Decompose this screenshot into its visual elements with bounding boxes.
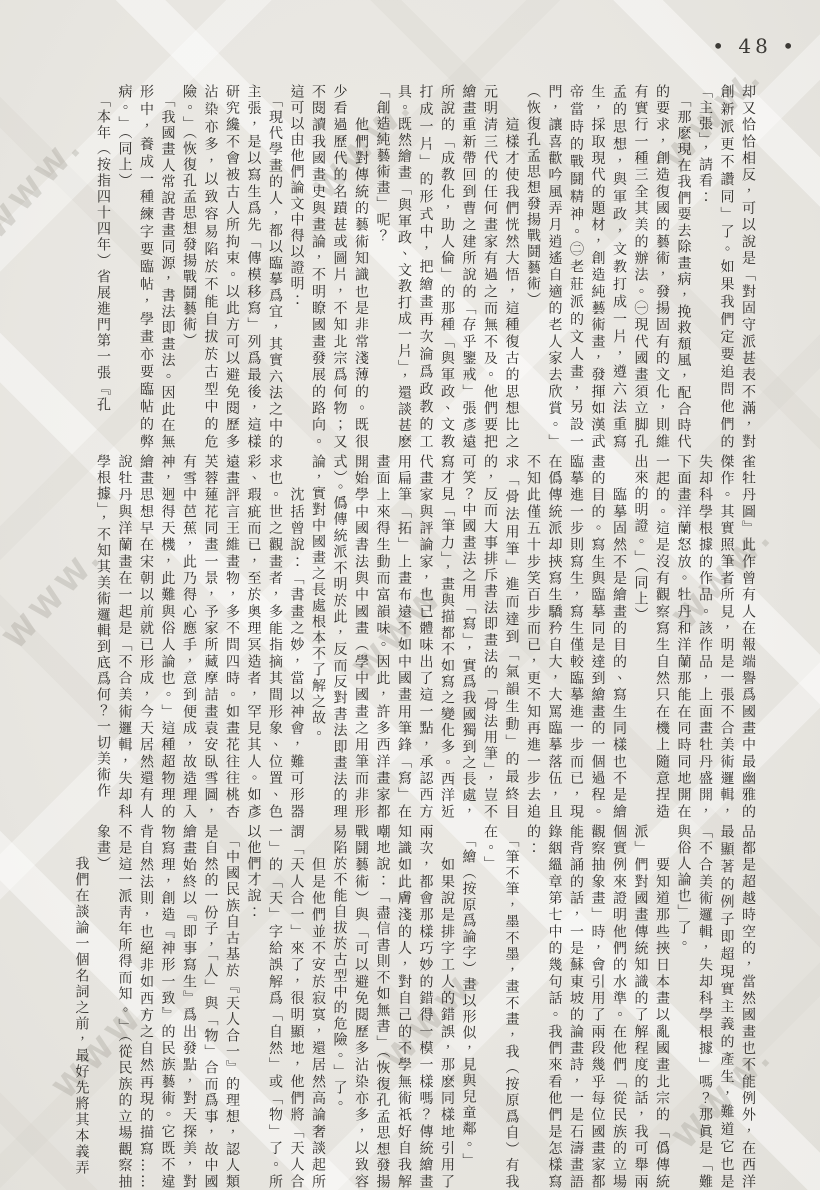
paragraph: 這樣才使我們恍然大悟，這種復古的思想比之元明清三代的任何畫家有過之而無不及。他們… <box>371 84 522 450</box>
text-section-top: 却又恰恰相反，可以說是「對固守派甚表不滿，對創新派更不讚同」了。如果我們定要追問… <box>62 84 758 450</box>
page-number: • 48 • <box>712 34 798 58</box>
paragraph: 却又恰恰相反，可以說是「對固守派甚表不滿，對創新派更不讚同」了。如果我們定要追問… <box>694 84 759 450</box>
paragraph: 沈括曾說：「書畫之妙，當以神會，難可形器求也。世之觀畫者，多能指摘其間形象、位置… <box>92 454 307 820</box>
page-content: 却又恰恰相反，可以說是「對固守派甚表不滿，對創新派更不讚同」了。如果我們定要追問… <box>62 84 758 1190</box>
paragraph: 我們在談論一個名詞之前，最好先將其本義弄 <box>70 824 92 1190</box>
paragraph: 「現代學畫的人，都以臨摹爲宜，其實六法之中的主張，是以寫生爲先「傳模移寫」列爲最… <box>178 84 286 450</box>
paragraph: 「繪（按原爲論字）畫以形似，見與兒童鄰。」 <box>457 824 479 1190</box>
paragraph: 他們對傳統的藝術知識也是非常淺薄的。既很少看過歷代的名蹟甚或圖片，不知北宗爲何物… <box>285 84 371 450</box>
paragraph: 「本年（按指四十四年）省展進門第一張『孔 <box>92 84 114 450</box>
paragraph: 但是他們並不安於寂寞，還居然高論奢談起所謂「天人合一」來了，很明顯地，他們將「天… <box>242 824 328 1190</box>
text-section-bottom: 品都是超越時空的，當然國畫也不能例外，在西洋最顯著的例子即超現實主義的產生，難道… <box>62 824 758 1190</box>
paragraph: 「那麽現在我們要去除畫病，挽救頹風，配合時代的要求，創造復國的藝術，發揚固有的文… <box>522 84 694 450</box>
paragraph: 臨摹固然不是繪畫的目的、寫生同樣也不是繪畫的目的。寫生與臨摹同是達到繪畫的一個過… <box>307 454 630 820</box>
paragraph: 要知道那些挾日本畫以亂國畫北宗的「僞傳統派」們對國畫傳統知識的了解程度的話，我可… <box>522 824 673 1190</box>
text-section-middle: 雀牡丹圖』此作曾有人在報端譽爲國畫中最幽雅的傑作。其實照筆者所見，明是一張不合美… <box>62 454 758 820</box>
paragraph: 「筆不筆，墨不墨，畫不畫，我（按原爲自）有我在。」 <box>479 824 522 1190</box>
scanned-document-page: WWW. WWW. WWW. WWW. WWW. WWW. WWW. WWW. … <box>0 0 820 1190</box>
paragraph: 「我國畫人常說書畫同源，書法即畫法。因此在無形中，養成一種練字要臨帖，學畫亦要臨… <box>113 84 178 450</box>
paragraph: 雀牡丹圖』此作曾有人在報端譽爲國畫中最幽雅的傑作。其實照筆者所見，明是一張不合美… <box>629 454 758 820</box>
paragraph: 如果說是排字工人的錯誤，那麽同樣地引用了兩次，都會那樣巧妙的錯得一模一樣嗎？傳統… <box>328 824 457 1190</box>
paragraph: 品都是超越時空的，當然國畫也不能例外，在西洋最顯著的例子即超現實主義的產生，難道… <box>672 824 758 1190</box>
paragraph: 「中國民族自古基於『天人合一』的理想，認人類是自然的一份子，「人」與「物」合而爲… <box>92 824 243 1190</box>
